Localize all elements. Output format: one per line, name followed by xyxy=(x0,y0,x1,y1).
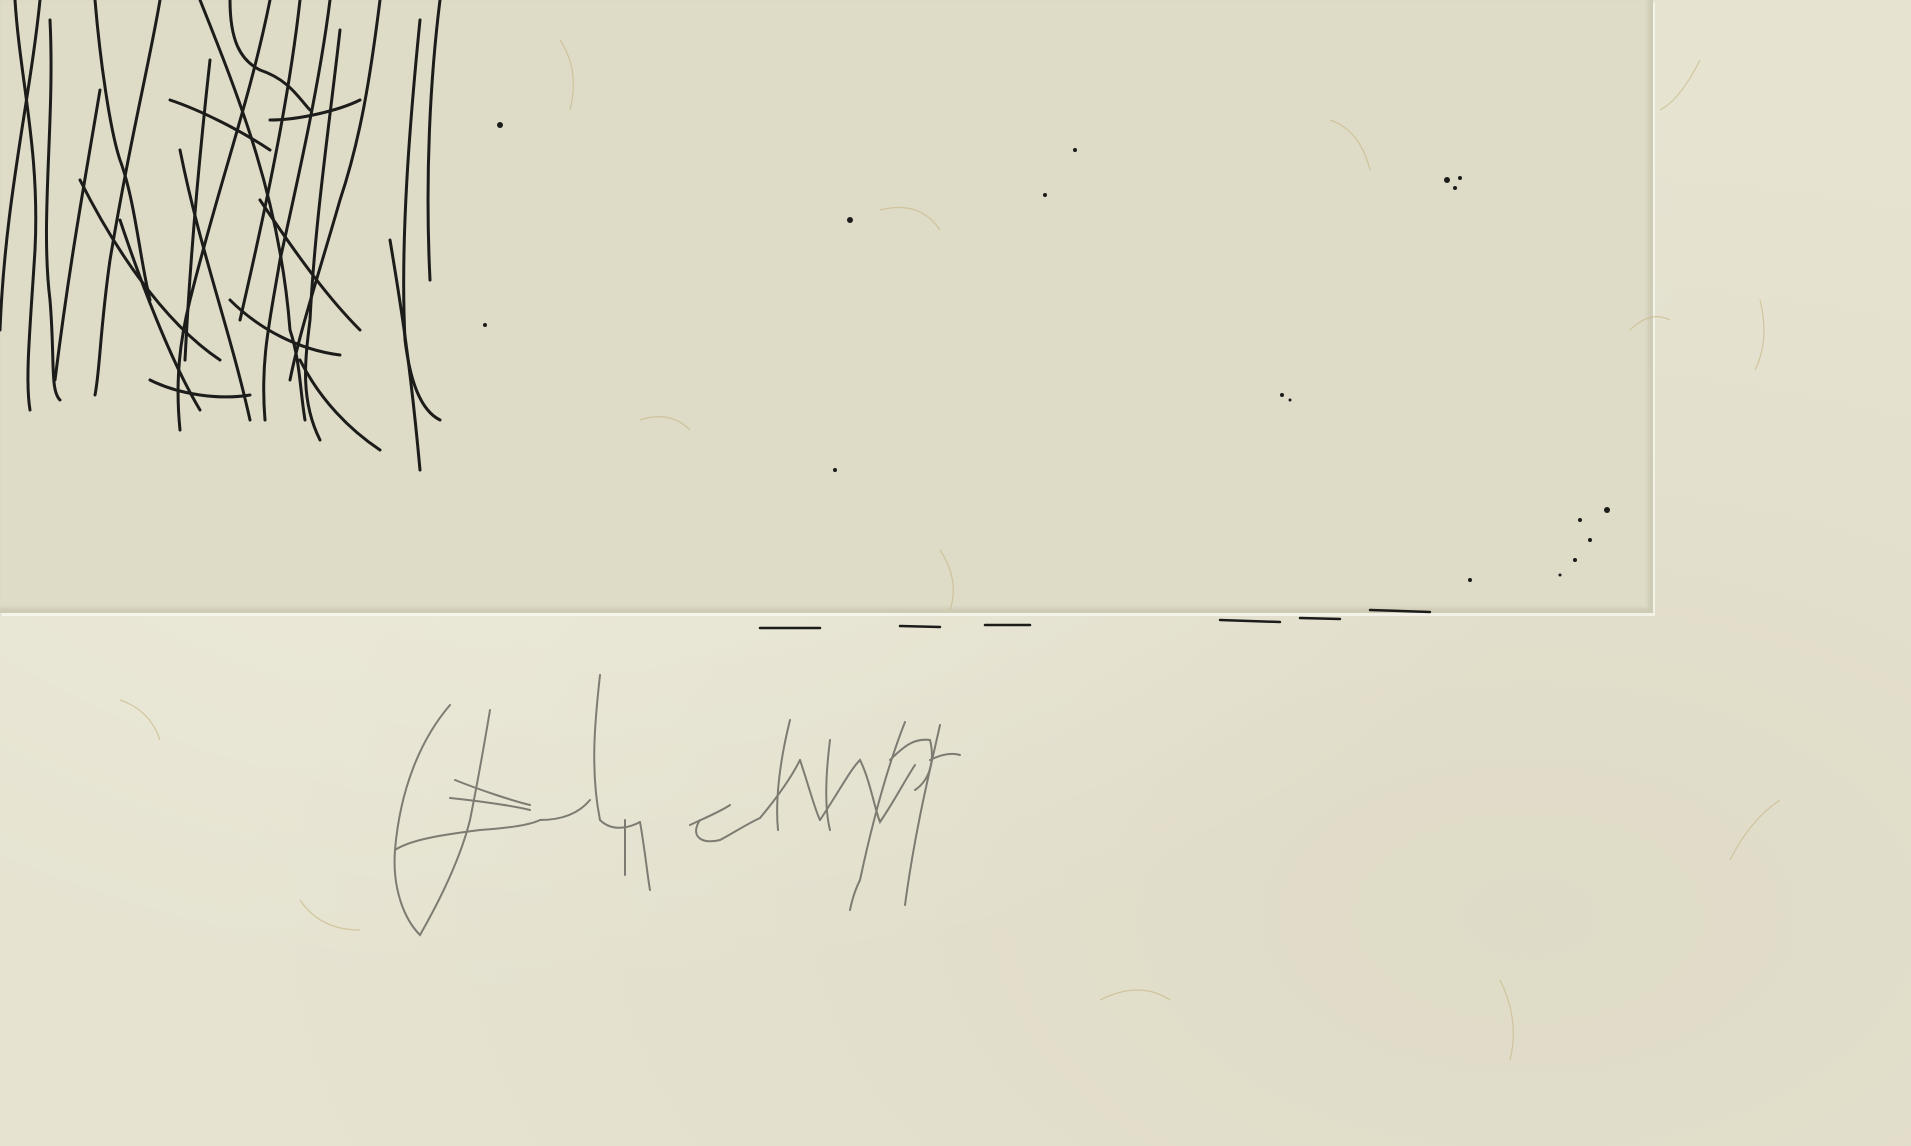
pencil-signature xyxy=(395,675,960,935)
etched-figure xyxy=(0,0,440,470)
plate-edge-ink xyxy=(760,610,1430,628)
paper-fibers xyxy=(120,40,1780,1060)
ink-specks xyxy=(483,122,1610,582)
artwork-drawing xyxy=(0,0,1911,1146)
etching-artwork xyxy=(0,0,1911,1146)
